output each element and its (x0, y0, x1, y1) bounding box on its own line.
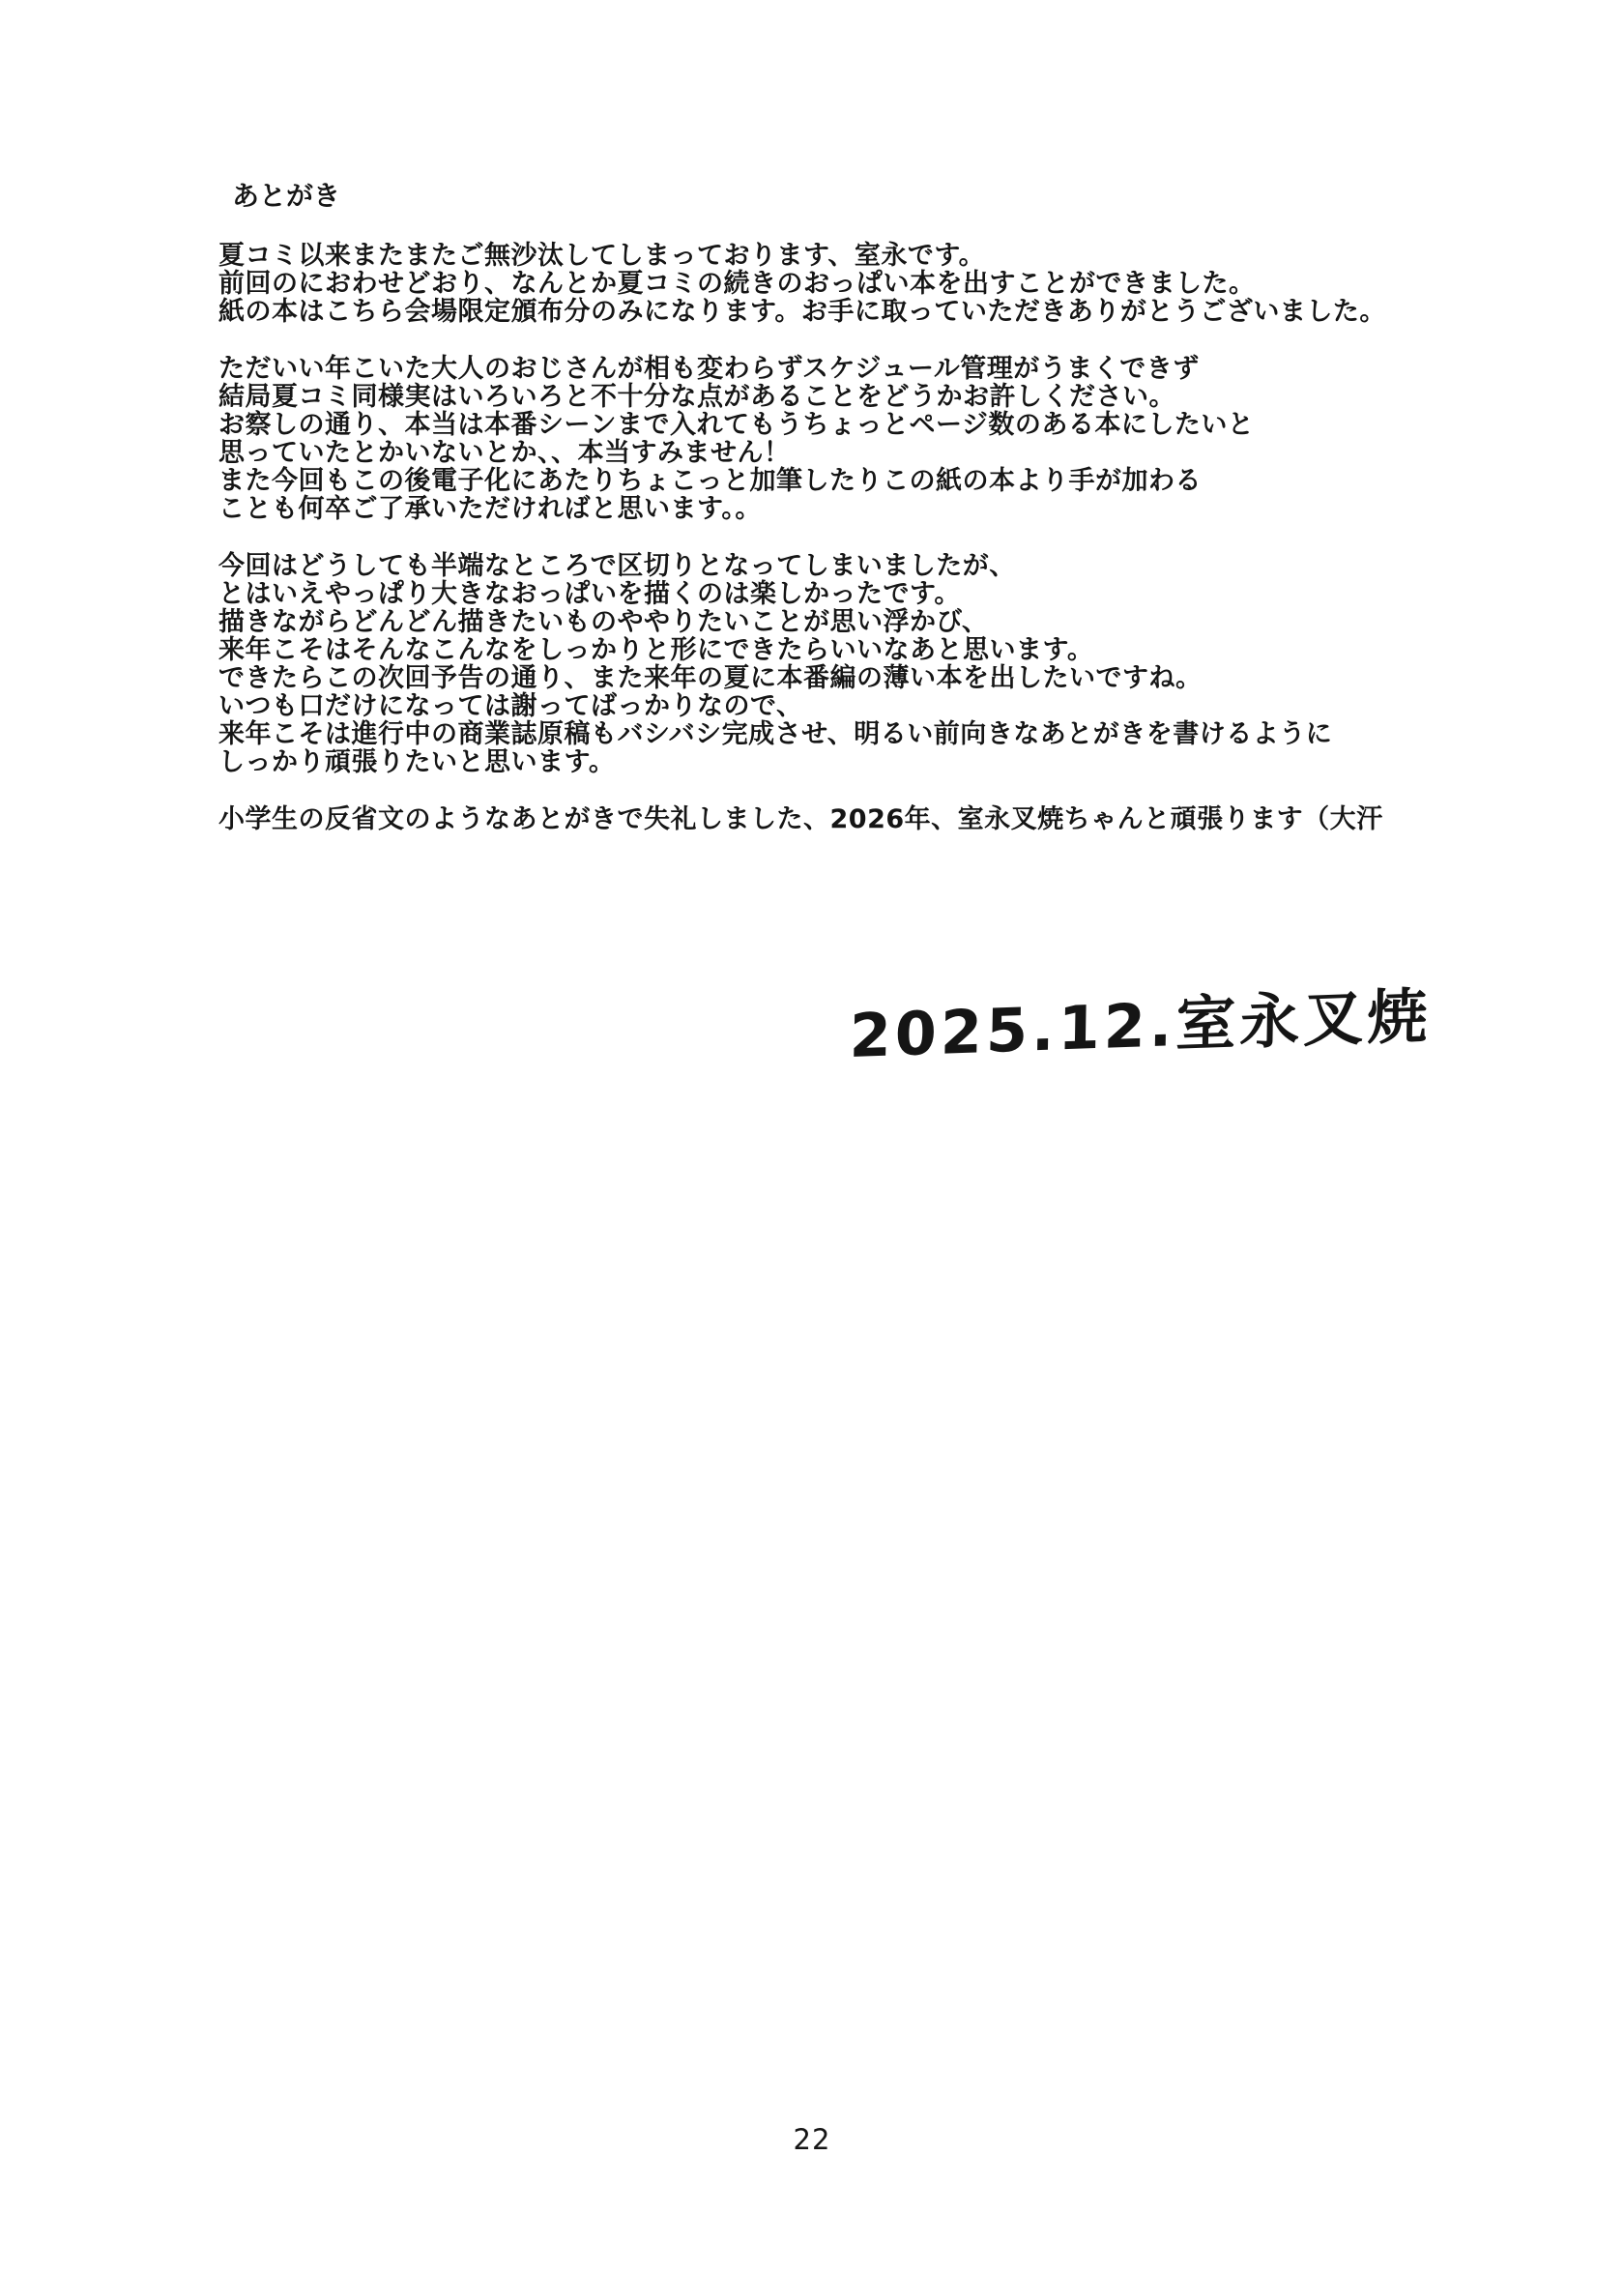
afterword-page: あとがき 夏コミ以来またまたご無沙汰してしまっております、室永です。 前回のにお… (0, 0, 1624, 2272)
text-line: 思っていたとかいないとか、、本当すみません！ (218, 439, 1537, 467)
text-line: 来年こそは進行中の商業誌原稿もバシバシ完成させ、明るい前向きなあとがきを書けるよ… (218, 720, 1537, 748)
text-line: 夏コミ以来またまたご無沙汰してしまっております、室永です。 (218, 242, 1537, 270)
text-line: また今回もこの後電子化にあたりちょこっと加筆したりこの紙の本より手が加わる (218, 467, 1537, 495)
text-line: 紙の本はこちら会場限定頒布分のみになります。お手に取っていただきありがとうござい… (218, 298, 1537, 326)
text-line: 前回のにおわせどおり、なんとか夏コミの続きのおっぱい本を出すことができました。 (218, 270, 1537, 298)
text-line: できたらこの次回予告の通り、また来年の夏に本番編の薄い本を出したいですね。 (218, 664, 1537, 692)
paragraph-outlook: 今回はどうしても半端なところで区切りとなってしまいましたが、 とはいえやっぱり大… (218, 552, 1537, 776)
page-number: 22 (0, 2123, 1624, 2156)
paragraph-apology: ただいい年こいた大人のおじさんが相も変わらずスケジュール管理がうまくできず 結局… (218, 355, 1537, 523)
paragraph-closing: 小学生の反省文のようなあとがきで失礼しました、2026年、室永叉焼ちゃんと頑張り… (218, 805, 1537, 833)
paragraph-greeting: 夏コミ以来またまたご無沙汰してしまっております、室永です。 前回のにおわせどおり… (218, 242, 1537, 326)
text-line: お察しの通り、本当は本番シーンまで入れてもうちょっとページ数のある本にしたいと (218, 411, 1537, 439)
handwritten-signature: 2025.12.室永叉焼 (849, 968, 1432, 1074)
text-line: 来年こそはそんなこんなをしっかりと形にできたらいいなあと思います。 (218, 636, 1537, 664)
text-line: 小学生の反省文のようなあとがきで失礼しました、2026年、室永叉焼ちゃんと頑張り… (218, 805, 1537, 833)
text-line: しっかり頑張りたいと思います。 (218, 748, 1537, 776)
page-title: あとがき (232, 182, 1537, 210)
text-line: 描きながらどんどん描きたいものややりたいことが思い浮かび、 (218, 608, 1537, 636)
text-line: とはいえやっぱり大きなおっぱいを描くのは楽しかったです。 (218, 580, 1537, 608)
text-line: 今回はどうしても半端なところで区切りとなってしまいましたが、 (218, 552, 1537, 580)
afterword-text-block: あとがき 夏コミ以来またまたご無沙汰してしまっております、室永です。 前回のにお… (218, 182, 1537, 862)
text-line: ことも何卒ご了承いただければと思います。。 (218, 495, 1537, 523)
text-line: いつも口だけになっては謝ってばっかりなので、 (218, 692, 1537, 720)
text-line: ただいい年こいた大人のおじさんが相も変わらずスケジュール管理がうまくできず (218, 355, 1537, 383)
text-line: 結局夏コミ同様実はいろいろと不十分な点があることをどうかお許しください。 (218, 383, 1537, 411)
